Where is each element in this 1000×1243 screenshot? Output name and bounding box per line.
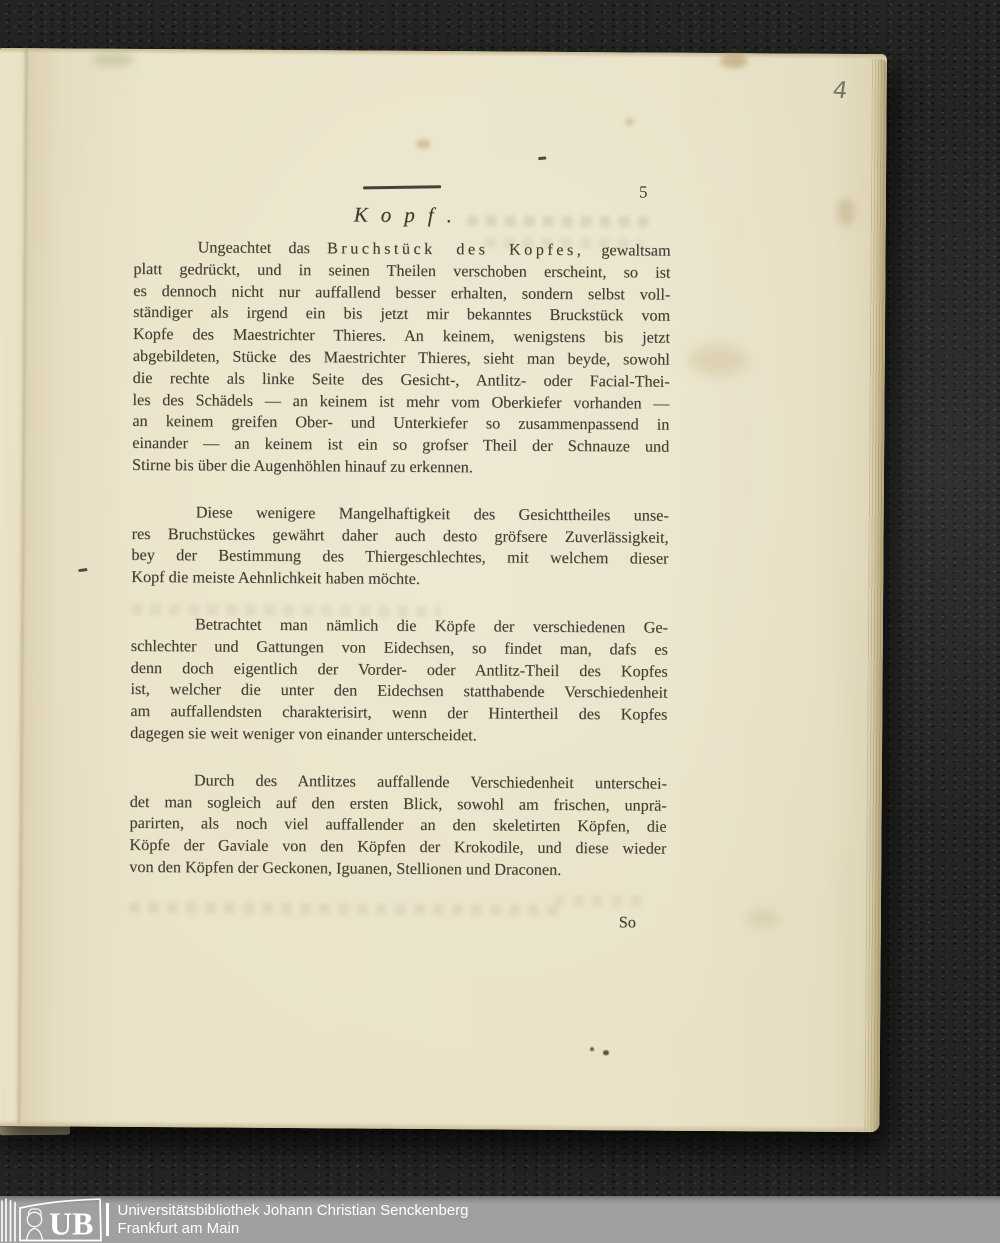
- logo-ub-text: UB: [49, 1206, 93, 1242]
- text-segment: gewaltsam: [584, 241, 670, 260]
- library-footer-bar: UB Universitätsbibliothek Johann Christi…: [0, 1196, 1000, 1243]
- body-text: Ungeachtet das Bruchstück des Kopfes, ge…: [129, 237, 671, 934]
- section-heading: Kopf.: [134, 201, 671, 230]
- text-line: von den Köpfen der Geckonen, Iguanen, St…: [129, 857, 666, 883]
- text-line: Stirne bis über die Augenhöhlen hinauf z…: [132, 455, 669, 481]
- text-line: die rechte als linke Seite des Gesicht-,…: [133, 368, 670, 394]
- paragraph: Ungeachtet das Bruchstück des Kopfes, ge…: [132, 237, 671, 481]
- library-name: Universitätsbibliothek Johann Christian …: [118, 1202, 469, 1237]
- letterspaced-segment: Bruchstück des Kopfes,: [327, 239, 584, 259]
- text-line: schlechter und Gattungen von Eidechsen, …: [131, 636, 668, 662]
- paragraph: Betrachtet man nämlich die Köpfe der ver…: [130, 614, 668, 749]
- text-line: platt gedrückt, und in seinen Theilen ve…: [133, 259, 670, 285]
- text-line: Diese wenigere Mangelhaftigkeit des Gesi…: [132, 502, 669, 528]
- text-line: dagegen sie weit weniger von einander un…: [130, 723, 667, 749]
- library-name-line2: Frankfurt am Main: [118, 1220, 469, 1238]
- book-block-edge: [0, 1126, 70, 1135]
- portrait-head: [27, 1212, 41, 1226]
- text-line: Kopf die meiste Aehnlichkeit haben möcht…: [131, 567, 668, 593]
- paragraph: Durch des Antlitzes auffallende Verschie…: [129, 770, 667, 883]
- scanned-book-page: 4 5 Kopf. Ungeachtet das Bruchstück des …: [0, 48, 887, 1132]
- footer-separator: [106, 1203, 109, 1236]
- text-segment: Ungeachtet das: [198, 238, 328, 257]
- page-number: 5: [639, 182, 648, 202]
- text-line: Durch des Antlitzes auffallende Verschie…: [130, 770, 667, 796]
- portrait-bust: [27, 1228, 43, 1240]
- library-name-line1: Universitätsbibliothek Johann Christian …: [118, 1202, 469, 1220]
- printed-page-content: 4 5 Kopf. Ungeachtet das Bruchstück des …: [0, 48, 887, 1132]
- handwritten-folio-number: 4: [831, 78, 849, 105]
- catchword: So: [129, 909, 666, 935]
- paragraph: Diese wenigere Mangelhaftigkeit des Gesi…: [131, 502, 669, 593]
- library-logo: UB: [0, 1196, 104, 1243]
- section-rule: [363, 185, 441, 189]
